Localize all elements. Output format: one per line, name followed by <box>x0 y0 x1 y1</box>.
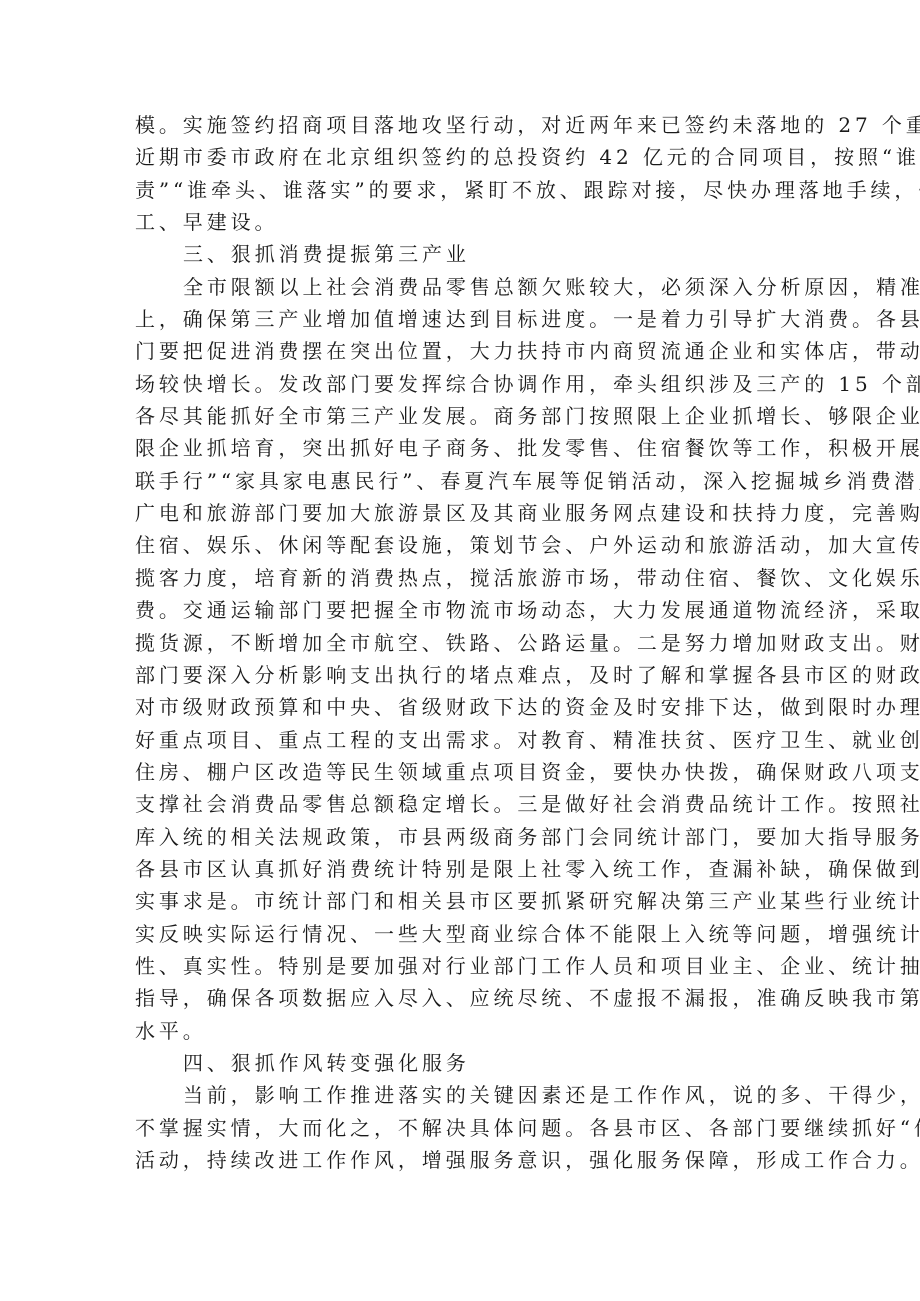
text-line: 好重点项目、重点工程的支出需求。对教育、精准扶贫、医疗卫生、就业创业、保障性 <box>135 724 787 756</box>
section-heading-3: 三、狠抓消费提振第三产业 <box>135 238 787 270</box>
text-line: 工、早建设。 <box>135 206 787 238</box>
text-line: 揽货源，不断增加全市航空、铁路、公路运量。二是努力增加财政支出。财政、税务等 <box>135 627 787 659</box>
text-line: 部门要深入分析影响支出执行的堵点难点，及时了解和掌握各县市区的财政收支情况， <box>135 659 787 691</box>
paragraph-continuation: 模。实施签约招商项目落地攻坚行动，对近两年来已签约未落地的 27 个重大项目，以… <box>135 109 787 238</box>
text-line: 性、真实性。特别是要加强对行业部门工作人员和项目业主、企业、统计抽样户的培训 <box>135 950 787 982</box>
text-line: 活动，持续改进工作作风，增强服务意识，强化服务保障，形成工作合力。一是力戒形 <box>135 1144 787 1176</box>
document-body: 模。实施签约招商项目落地攻坚行动，对近两年来已签约未落地的 27 个重大项目，以… <box>135 109 787 1176</box>
section-heading-4: 四、狠抓作风转变强化服务 <box>135 1047 787 1079</box>
text-line: 不掌握实情，大而化之，不解决具体问题。各县市区、各部门要继续抓好“作风建设年” <box>135 1112 787 1144</box>
text-line: 各县市区认真抓好消费统计特别是限上社零入统工作，查漏补缺，确保做到应统尽统、 <box>135 853 787 885</box>
paragraph-consumption: 全市限额以上社会消费品零售总额欠账较大，必须深入分析原因，精准施策,迎头赶 上，… <box>135 271 787 1047</box>
text-line: 支撑社会消费品零售总额稳定增长。三是做好社会消费品统计工作。按照社会消费品入 <box>135 788 787 820</box>
text-line: 库入统的相关法规政策，市县两级商务部门会同统计部门，要加大指导服务力度，帮助 <box>135 821 787 853</box>
text-line: 住房、棚户区改造等民生领域重点项目资金，要快办快拨，确保财政八项支出稳定增长， <box>135 756 787 788</box>
text-line: 指导，确保各项数据应入尽入、应统尽统、不虚报不漏报，准确反映我市第三产业发展 <box>135 982 787 1014</box>
text-line: 模。实施签约招商项目落地攻坚行动，对近两年来已签约未落地的 27 个重大项目，以… <box>135 109 787 141</box>
paragraph-work-style: 当前，影响工作推进落实的关键因素还是工作作风，说的多、干得少，盲目乐观、 不掌握… <box>135 1079 787 1176</box>
text-line: 实事求是。市统计部门和相关县市区要抓紧研究解决第三产业某些行业统计数据不能真 <box>135 885 787 917</box>
text-line: 对市级财政预算和中央、省级财政下达的资金及时安排下达，做到限时办理，切实保障 <box>135 691 787 723</box>
text-line: 场较快增长。发改部门要发挥综合协调作用，牵头组织涉及三产的 15 个部门各司其职… <box>135 368 787 400</box>
text-line: 水平。 <box>135 1015 787 1047</box>
text-line: 责”“谁牵头、谁落实”的要求，紧盯不放、跟踪对接，尽快办理落地手续，促其早开 <box>135 174 787 206</box>
text-line: 联手行”“家具家电惠民行”、春夏汽车展等促销活动，深入挖掘城乡消费潜力。文体 <box>135 465 787 497</box>
text-line: 广电和旅游部门要加大旅游景区及其商业服务网点建设和扶持力度，完善购物、餐饮、 <box>135 497 787 529</box>
text-line: 近期市委市政府在北京组织签约的总投资约 42 亿元的合同项目，按照“谁签约、谁负 <box>135 141 787 173</box>
text-line: 费。交通运输部门要把握全市物流市场动态，大力发展通道物流经济，采取有效措施承 <box>135 594 787 626</box>
text-line: 门要把促进消费摆在突出位置，大力扶持市内商贸流通企业和实体店，带动促进消费市 <box>135 335 787 367</box>
text-line: 限企业抓培育，突出抓好电子商务、批发零售、住宿餐饮等工作，积极开展“商务-石油 <box>135 432 787 464</box>
text-line: 全市限额以上社会消费品零售总额欠账较大，必须深入分析原因，精准施策,迎头赶 <box>135 271 787 303</box>
text-line: 当前，影响工作推进落实的关键因素还是工作作风，说的多、干得少，盲目乐观、 <box>135 1079 787 1111</box>
text-line: 揽客力度，培育新的消费热点，搅活旅游市场，带动住宿、餐饮、文化娱乐行业扩大消 <box>135 562 787 594</box>
text-line: 上，确保第三产业增加值增速达到目标进度。一是着力引导扩大消费。各县市区、各部 <box>135 303 787 335</box>
text-line: 各尽其能抓好全市第三产业发展。商务部门按照限上企业抓增长、够限企业抓入库、近 <box>135 400 787 432</box>
document-page: 模。实施签约招商项目落地攻坚行动，对近两年来已签约未落地的 27 个重大项目，以… <box>0 0 920 1301</box>
text-line: 住宿、娱乐、休闲等配套设施，策划节会、户外运动和旅游活动，加大宣传促销和招会 <box>135 529 787 561</box>
text-line: 实反映实际运行情况、一些大型商业综合体不能限上入统等问题，增强统计数据的科学 <box>135 918 787 950</box>
